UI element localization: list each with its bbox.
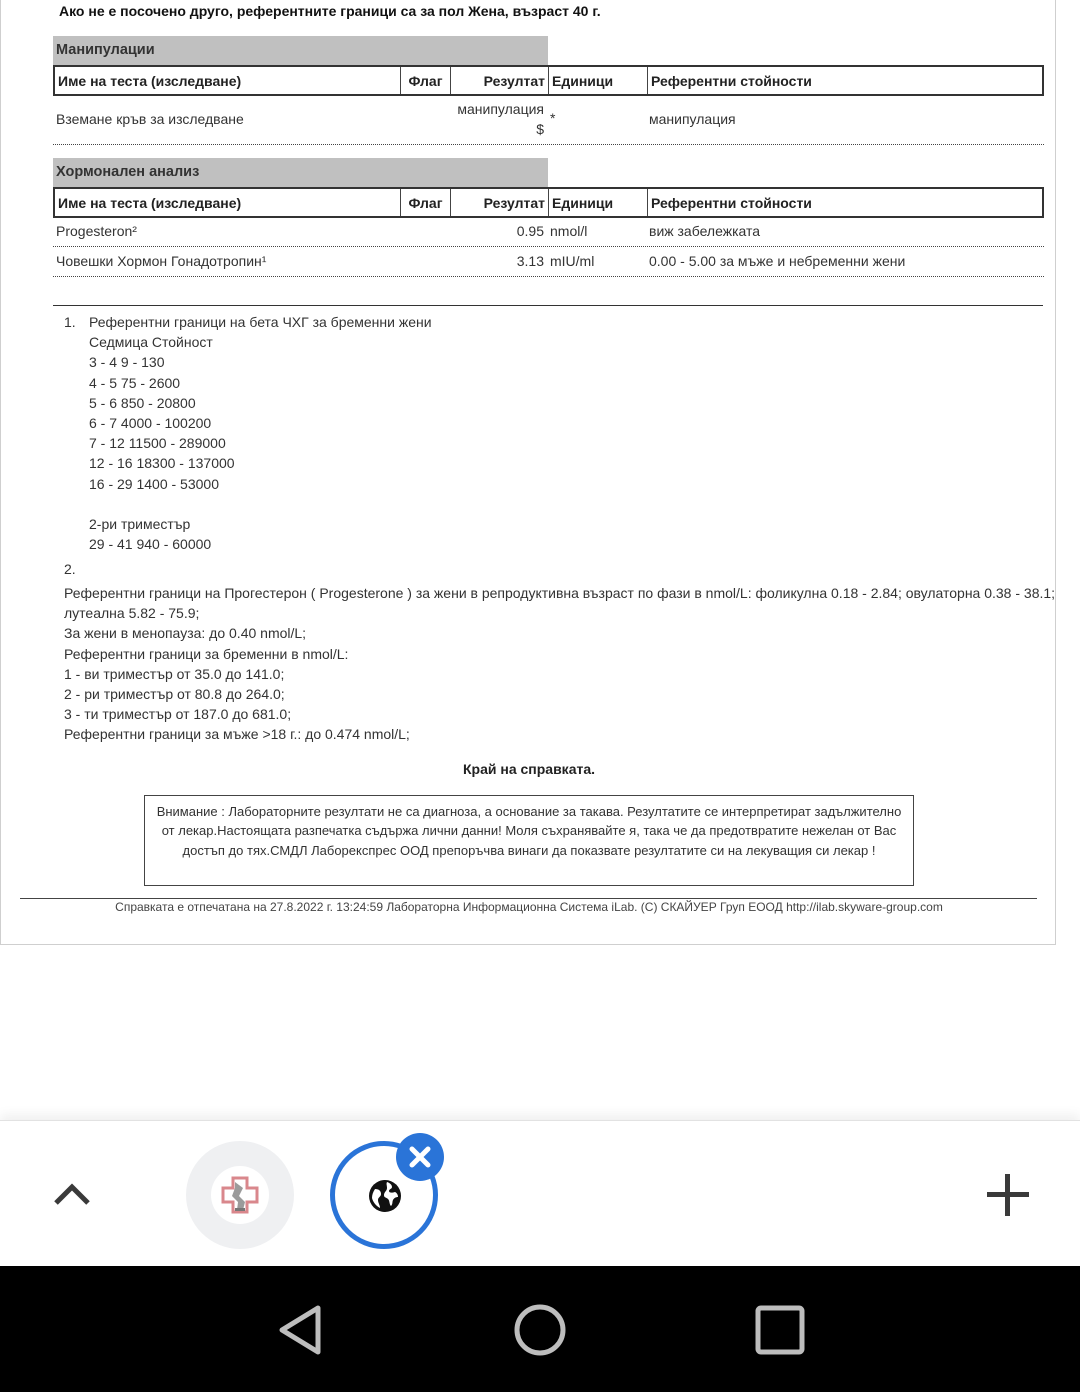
footnote-2: Референтни граници на Прогестерон ( Prog… [64,583,1055,745]
test-flag [399,248,449,276]
footnote-line: 7 - 12 11500 - 289000 [89,433,432,453]
footnote-line: Референтни граници за бременни в nmol/L: [64,644,1055,664]
close-icon [396,1133,444,1181]
test-units: mIU/ml [547,248,646,276]
col-reference: Референтни стойности [648,189,1042,216]
test-reference: 0.00 - 5.00 за мъже и небременни жени [646,248,1044,276]
notes-divider [53,305,1043,306]
section-title-manipulations: Манипулации [53,36,548,66]
footnote-line: Седмица Стойност [89,332,432,352]
test-name: Човешки Хормон Гонадотропин¹ [53,248,399,276]
print-footer: Справката е отпечатана на 27.8.2022 г. 1… [1,900,1057,914]
result-line: $ [452,119,544,139]
browser-tab-bar [0,1120,1080,1266]
section-title-hormonal: Хормонален анализ [53,158,548,188]
footnote-number: 1. [64,312,76,332]
col-flag: Флаг [401,189,451,216]
lab-favicon-icon [211,1166,269,1224]
footnote-line: 4 - 5 75 - 2600 [89,373,432,393]
table-header: Име на теста (изследване) Флаг Резултат … [53,187,1044,218]
col-test-name: Име на теста (изследване) [55,189,401,216]
new-tab-button[interactable] [984,1171,1032,1219]
col-test-name: Име на теста (изследване) [55,67,401,94]
chevron-up-icon[interactable] [50,1173,94,1217]
recents-square-icon [752,1302,808,1358]
test-name: Вземане кръв за изследване [53,98,399,144]
test-reference: манипулация [646,98,1044,144]
test-result: 0.95 [449,220,547,246]
end-of-report: Край на справката. [1,761,1057,777]
footnote-line: Референтни граници на бета ЧХГ за бремен… [89,312,432,332]
home-button[interactable] [512,1302,568,1358]
footnote-line: 3 - ти триместър от 187.0 до 681.0; [64,704,1055,724]
test-flag [399,220,449,246]
footnote-line: 1 - ви триместър от 35.0 до 141.0; [64,664,1055,684]
lab-report-page: Ако не е посочено друго, референтните гр… [0,0,1056,945]
back-triangle-icon [274,1302,330,1358]
footnote-line [89,494,432,514]
footnote-line: 6 - 7 4000 - 100200 [89,413,432,433]
test-units: nmol/l [547,220,646,246]
footnote-line: За жени в менопауза: до 0.40 nmol/L; [64,623,1055,643]
footnote-line: 12 - 16 18300 - 137000 [89,453,432,473]
footer-divider [20,898,1037,899]
tab-lab-site[interactable] [186,1141,294,1249]
recents-button[interactable] [752,1302,808,1358]
reference-intro: Ако не е посочено друго, референтните гр… [59,3,601,19]
col-units: Единици [549,67,648,94]
test-flag [399,98,449,144]
test-reference: виж забележката [646,220,1044,246]
test-result: 3.13 [449,248,547,276]
back-button[interactable] [274,1302,330,1358]
footnote-body: Референтни граници на бета ЧХГ за бремен… [89,312,432,554]
close-tab-button[interactable] [396,1133,444,1181]
disclaimer-box: Внимание : Лабораторните резултати не са… [144,795,914,886]
col-reference: Референтни стойности [648,67,1042,94]
globe-icon [367,1178,403,1214]
system-nav-bar [0,1266,1080,1392]
footnote-line: 3 - 4 9 - 130 [89,352,432,372]
footnote-line: 5 - 6 850 - 20800 [89,393,432,413]
table-row: Вземане кръв за изследване манипулация $… [53,98,1044,145]
footnote-line: лутеална 5.82 - 75.9; [64,603,1055,623]
result-line: манипулация [452,99,544,119]
footnote-line: 2-ри триместър [89,514,432,534]
col-flag: Флаг [401,67,451,94]
home-circle-icon [512,1302,568,1358]
col-result: Резултат [451,67,549,94]
test-result: манипулация $ [449,98,547,144]
footnote-number: 2. [64,559,76,579]
test-units: * [547,98,646,144]
table-row: Progesteron² 0.95 nmol/l виж забележката [53,220,1044,247]
footnote-line: Референтни граници на Прогестерон ( Prog… [64,583,1055,603]
footnote-line: 2 - ри триместър от 80.8 до 264.0; [64,684,1055,704]
footnote-line: 29 - 41 940 - 60000 [89,534,432,554]
footnote-line: Референтни граници за мъже >18 г.: до 0.… [64,724,1055,744]
col-result: Резултат [451,189,549,216]
table-header: Име на теста (изследване) Флаг Резултат … [53,65,1044,96]
test-name: Progesteron² [53,220,399,246]
col-units: Единици [549,189,648,216]
table-row: Човешки Хормон Гонадотропин¹ 3.13 mIU/ml… [53,248,1044,277]
plus-icon [984,1171,1032,1219]
footnote-line: 16 - 29 1400 - 53000 [89,474,432,494]
